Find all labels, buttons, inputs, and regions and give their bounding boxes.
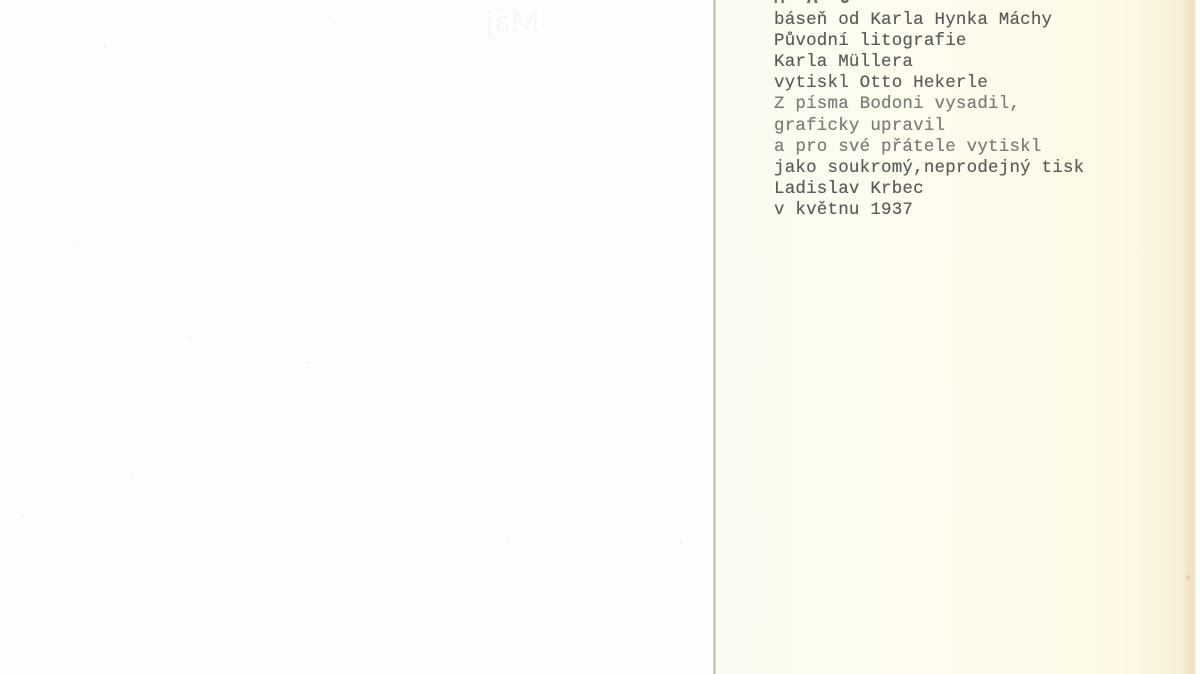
show-through-text: Máj [20,0,540,140]
colophon-line: Ladislav Krbec [774,179,1084,200]
paper-speck [508,540,509,541]
paper-speck [22,515,23,516]
colophon-line: Původní litografie [774,31,1084,52]
colophon-line: báseň od Karla Hynka Máchy [774,10,1084,31]
paper-speck [307,362,308,363]
colophon-text: M A J báseň od Karla Hynka Máchy Původní… [774,0,1084,221]
paper-speck [104,46,105,47]
left-page-blank: Máj [0,0,714,674]
colophon-line: jako soukromý,neprodejný tisk [774,158,1084,179]
paper-speck [74,244,75,245]
colophon-line: a pro své přátele vytiskl [774,137,1084,158]
colophon-line: Karla Müllera [774,52,1084,73]
foxing-stain [1187,562,1189,564]
book-spread: Máj M A J báseň od Karla Hynka Máchy Pův… [0,0,1200,674]
colophon-line: v květnu 1937 [774,200,1084,221]
paper-speck [330,18,331,19]
colophon-line: graficky upravil [774,116,1084,137]
foxing-stain [1186,575,1190,580]
paper-speck [190,338,191,339]
page-edge [1193,0,1196,674]
paper-speck [680,542,681,543]
colophon-title: M A J [774,0,1084,10]
colophon-line: Z písma Bodoni vysadil, [774,94,1084,115]
paper-speck [131,475,132,476]
colophon-line: vytiskl Otto Hekerle [774,73,1084,94]
